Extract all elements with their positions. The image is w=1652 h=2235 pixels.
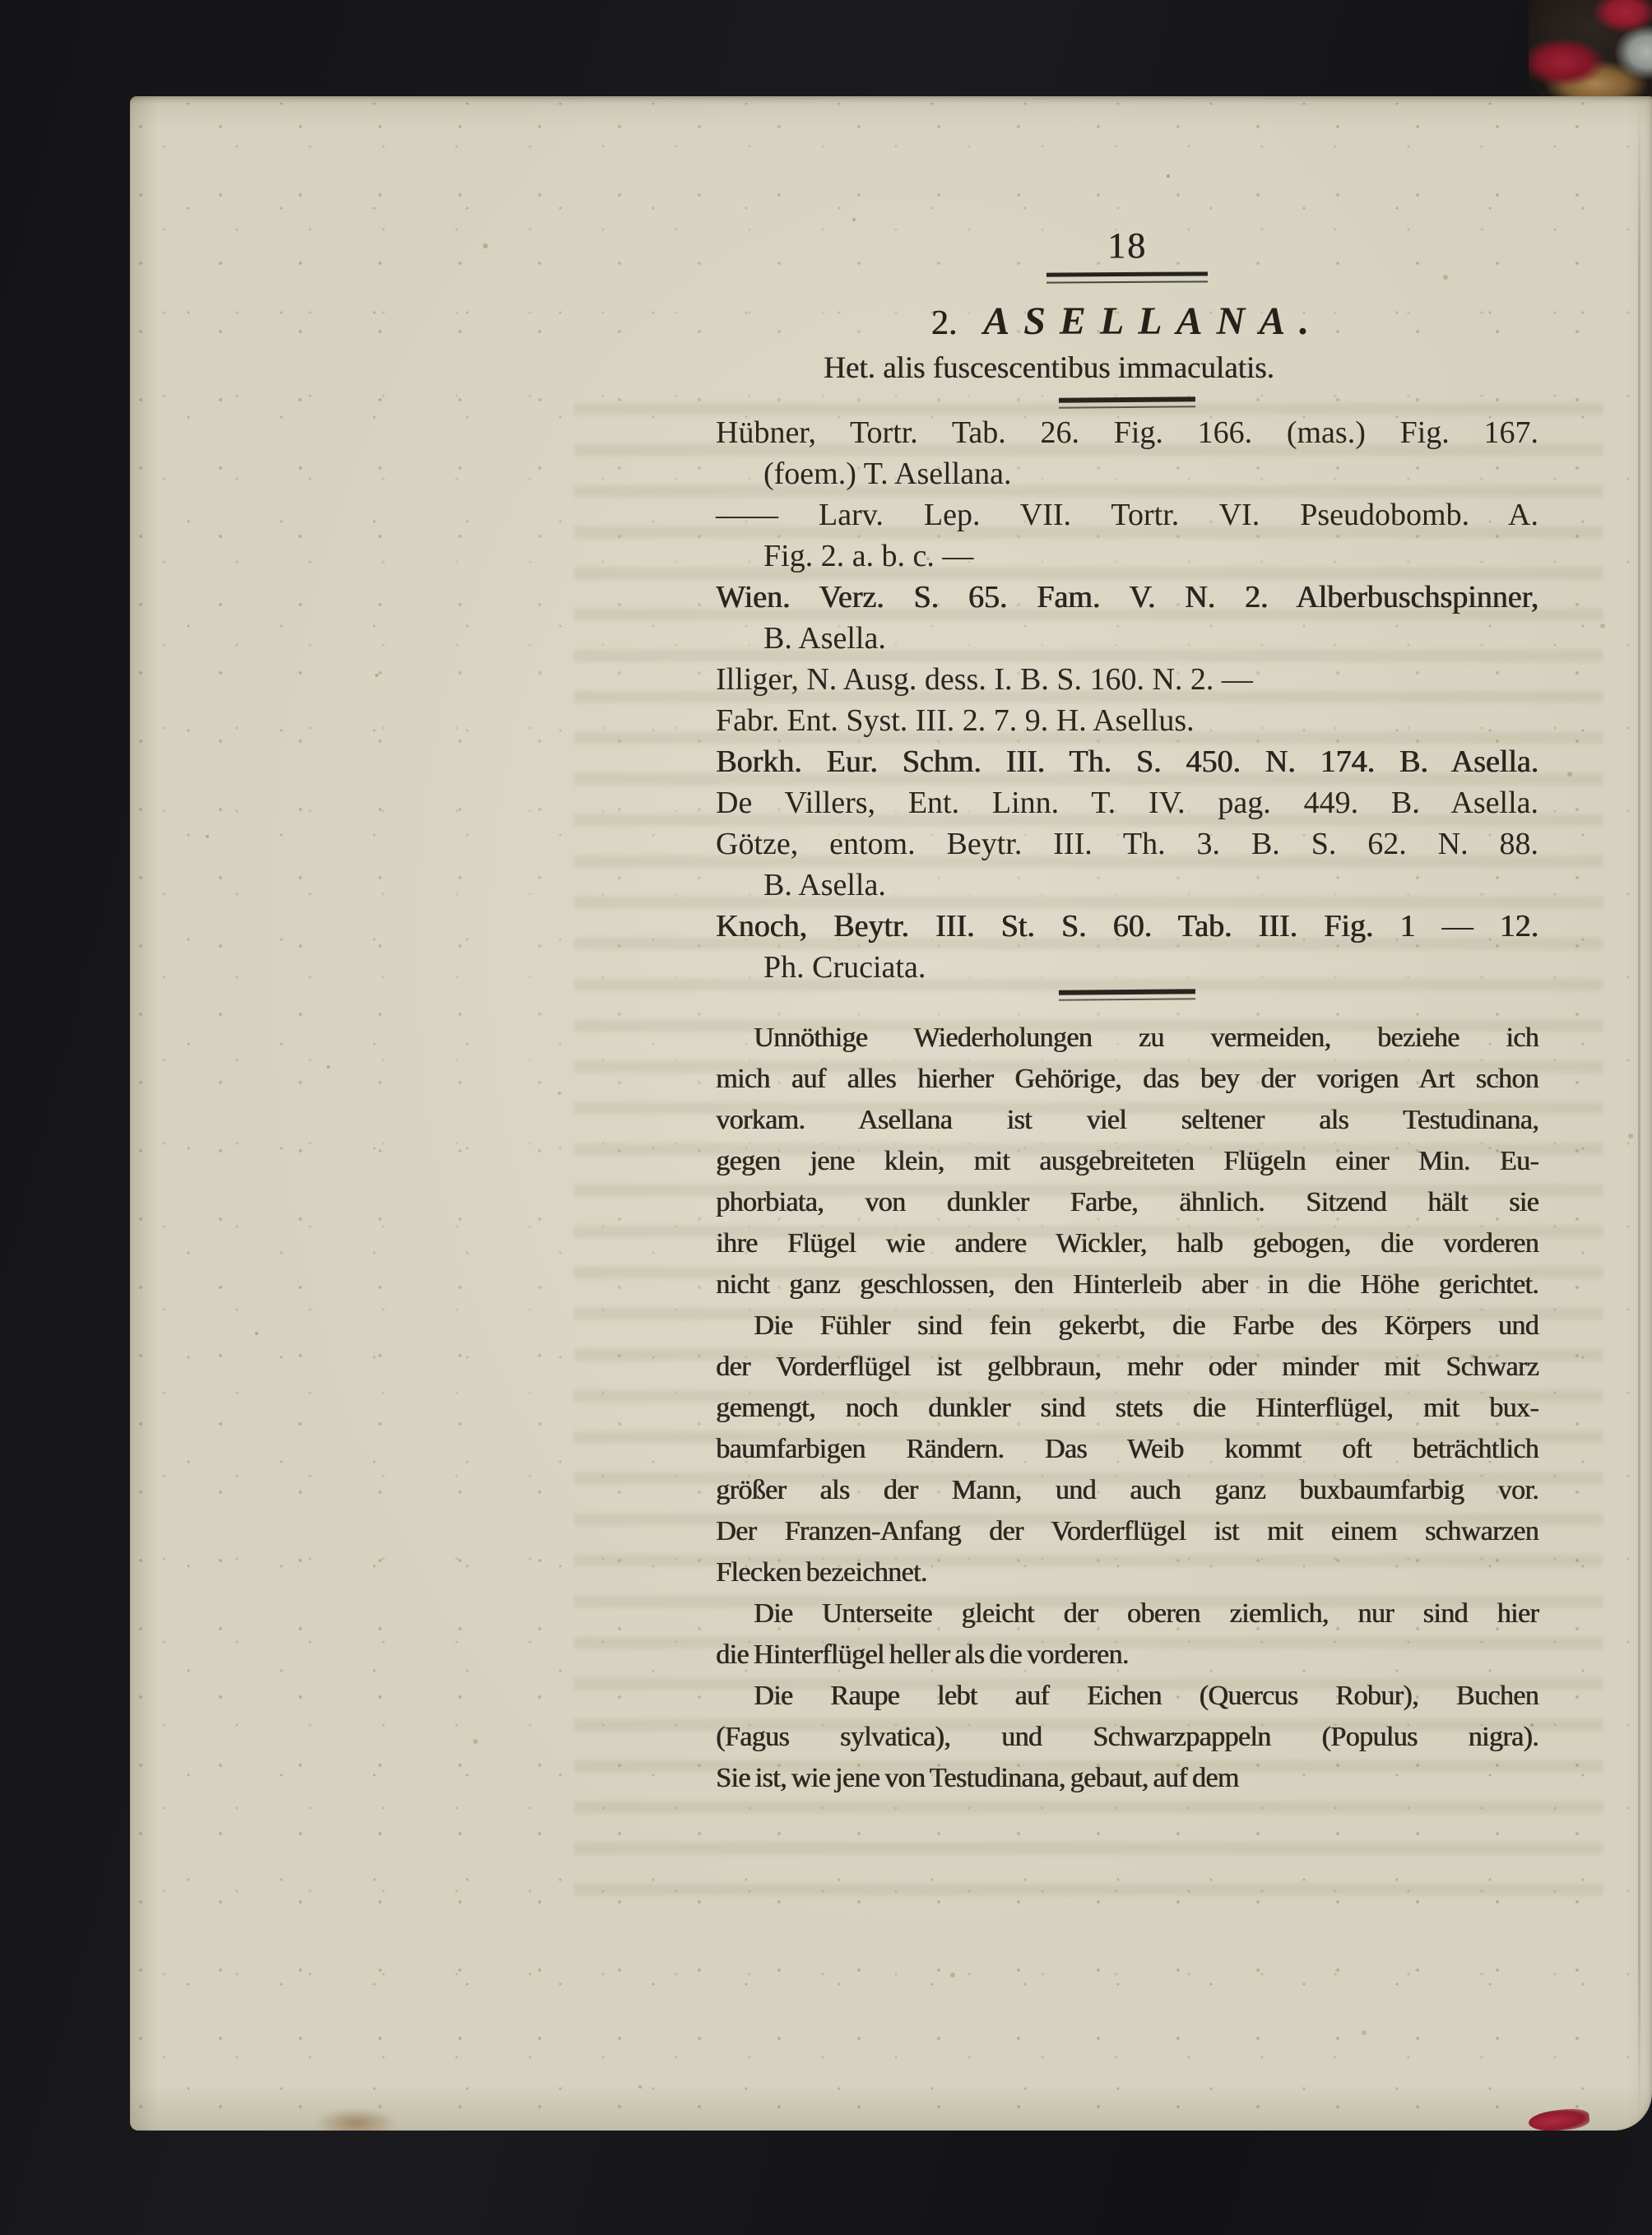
description-paragraph: Die Raupe lebt auf Eichen (Quercus Robur…	[716, 1676, 1538, 1799]
body-line: mich auf alles hierher Gehörige, das bey…	[716, 1059, 1538, 1100]
body-line: der Vorderflügel ist gelbbraun, mehr ode…	[716, 1347, 1538, 1388]
body-line: die Hinterflügel heller als die vorderen…	[716, 1635, 1538, 1676]
reference-line: Fig. 2. a. b. c. —	[716, 536, 1538, 577]
species-heading: 2.ASELLANA.	[716, 299, 1538, 344]
body-line: Die Fühler sind fein gekerbt, die Farbe …	[716, 1305, 1538, 1347]
reference-line: B. Asella.	[716, 865, 1538, 906]
body-line: Flecken bezeichnet.	[716, 1552, 1538, 1593]
reference-line: Knoch, Beytr. III. St. S. 60. Tab. III. …	[716, 906, 1538, 947]
separator-rule	[1059, 396, 1195, 408]
body-line: ihre Flügel wie andere Wickler, halb geb…	[716, 1223, 1538, 1264]
latin-diagnosis: Het. alis fuscescentibus immaculatis.	[638, 350, 1460, 386]
body-line: Sie ist, wie jene von Testudinana, gebau…	[716, 1758, 1538, 1799]
reference-line: Ph. Cruciata.	[716, 947, 1538, 988]
reference-line: Borkh. Eur. Schm. III. Th. S. 450. N. 17…	[716, 741, 1538, 782]
synonymy-separator	[716, 990, 1538, 1004]
reference-line: B. Asella.	[716, 618, 1538, 659]
page-edge-crease	[1638, 103, 1640, 2123]
body-line: Unnöthige Wiederholungen zu vermeiden, b…	[716, 1018, 1538, 1059]
diagnosis-separator	[716, 397, 1538, 412]
description-text: Unnöthige Wiederholungen zu vermeiden, b…	[716, 1018, 1538, 1799]
book-page: 18 2.ASELLANA. Het. alis fuscescentibus …	[130, 96, 1652, 2131]
body-line: gemengt, noch dunkler sind stets die Hin…	[716, 1388, 1538, 1429]
page-number: 18	[716, 225, 1538, 267]
body-line: gegen jene klein, mit ausgebreiteten Flü…	[716, 1141, 1538, 1182]
reference-line: Illiger, N. Ausg. dess. I. B. S. 160. N.…	[716, 659, 1538, 700]
scan-background: 18 2.ASELLANA. Het. alis fuscescentibus …	[0, 0, 1652, 2235]
paper-stain	[315, 2108, 397, 2131]
reference-line: Wien. Verz. S. 65. Fam. V. N. 2. Alberbu…	[716, 577, 1538, 618]
separator-rule	[1059, 989, 1195, 1000]
species-heading-name: ASELLANA.	[983, 299, 1323, 343]
page-header: 18	[716, 225, 1538, 283]
reference-line: De Villers, Ent. Linn. T. IV. pag. 449. …	[716, 782, 1538, 823]
body-line: (Fagus sylvatica), und Schwarzpappeln (P…	[716, 1717, 1538, 1758]
book-cover-marbling	[1529, 0, 1652, 100]
description-paragraph: Die Unterseite gleicht der oberen ziemli…	[716, 1593, 1538, 1676]
body-line: Der Franzen-Anfang der Vorderflügel ist …	[716, 1511, 1538, 1552]
body-line: baumfarbigen Rändern. Das Weib kommt oft…	[716, 1429, 1538, 1470]
body-line: vorkam. Asellana ist viel seltener als T…	[716, 1100, 1538, 1141]
description-paragraph: Die Fühler sind fein gekerbt, die Farbe …	[716, 1305, 1538, 1593]
reference-line: Götze, entom. Beytr. III. Th. 3. B. S. 6…	[716, 823, 1538, 865]
body-line: größer als der Mann, und auch ganz buxba…	[716, 1470, 1538, 1511]
body-line: Die Unterseite gleicht der oberen ziemli…	[716, 1593, 1538, 1635]
reference-line: —— Larv. Lep. VII. Tortr. VI. Pseudobomb…	[716, 494, 1538, 536]
paper-flecks	[130, 96, 133, 100]
body-line: phorbiata, von dunkler Farbe, ähnlich. S…	[716, 1182, 1538, 1223]
description-paragraph: Unnöthige Wiederholungen zu vermeiden, b…	[716, 1018, 1538, 1305]
synonymy-reference-list: Hübner, Tortr. Tab. 26. Fig. 166. (mas.)…	[716, 412, 1538, 988]
reference-line: Fabr. Ent. Syst. III. 2. 7. 9. H. Asellu…	[716, 700, 1538, 741]
page-number-rule	[1046, 271, 1208, 283]
reference-line: Hübner, Tortr. Tab. 26. Fig. 166. (mas.)…	[716, 412, 1538, 453]
body-line: Die Raupe lebt auf Eichen (Quercus Robur…	[716, 1676, 1538, 1717]
species-heading-number: 2.	[931, 304, 958, 342]
red-marbling-spot	[1528, 2107, 1590, 2131]
reference-line: (foem.) T. Asellana.	[716, 453, 1538, 494]
body-line: nicht ganz geschlossen, den Hinterleib a…	[716, 1264, 1538, 1305]
